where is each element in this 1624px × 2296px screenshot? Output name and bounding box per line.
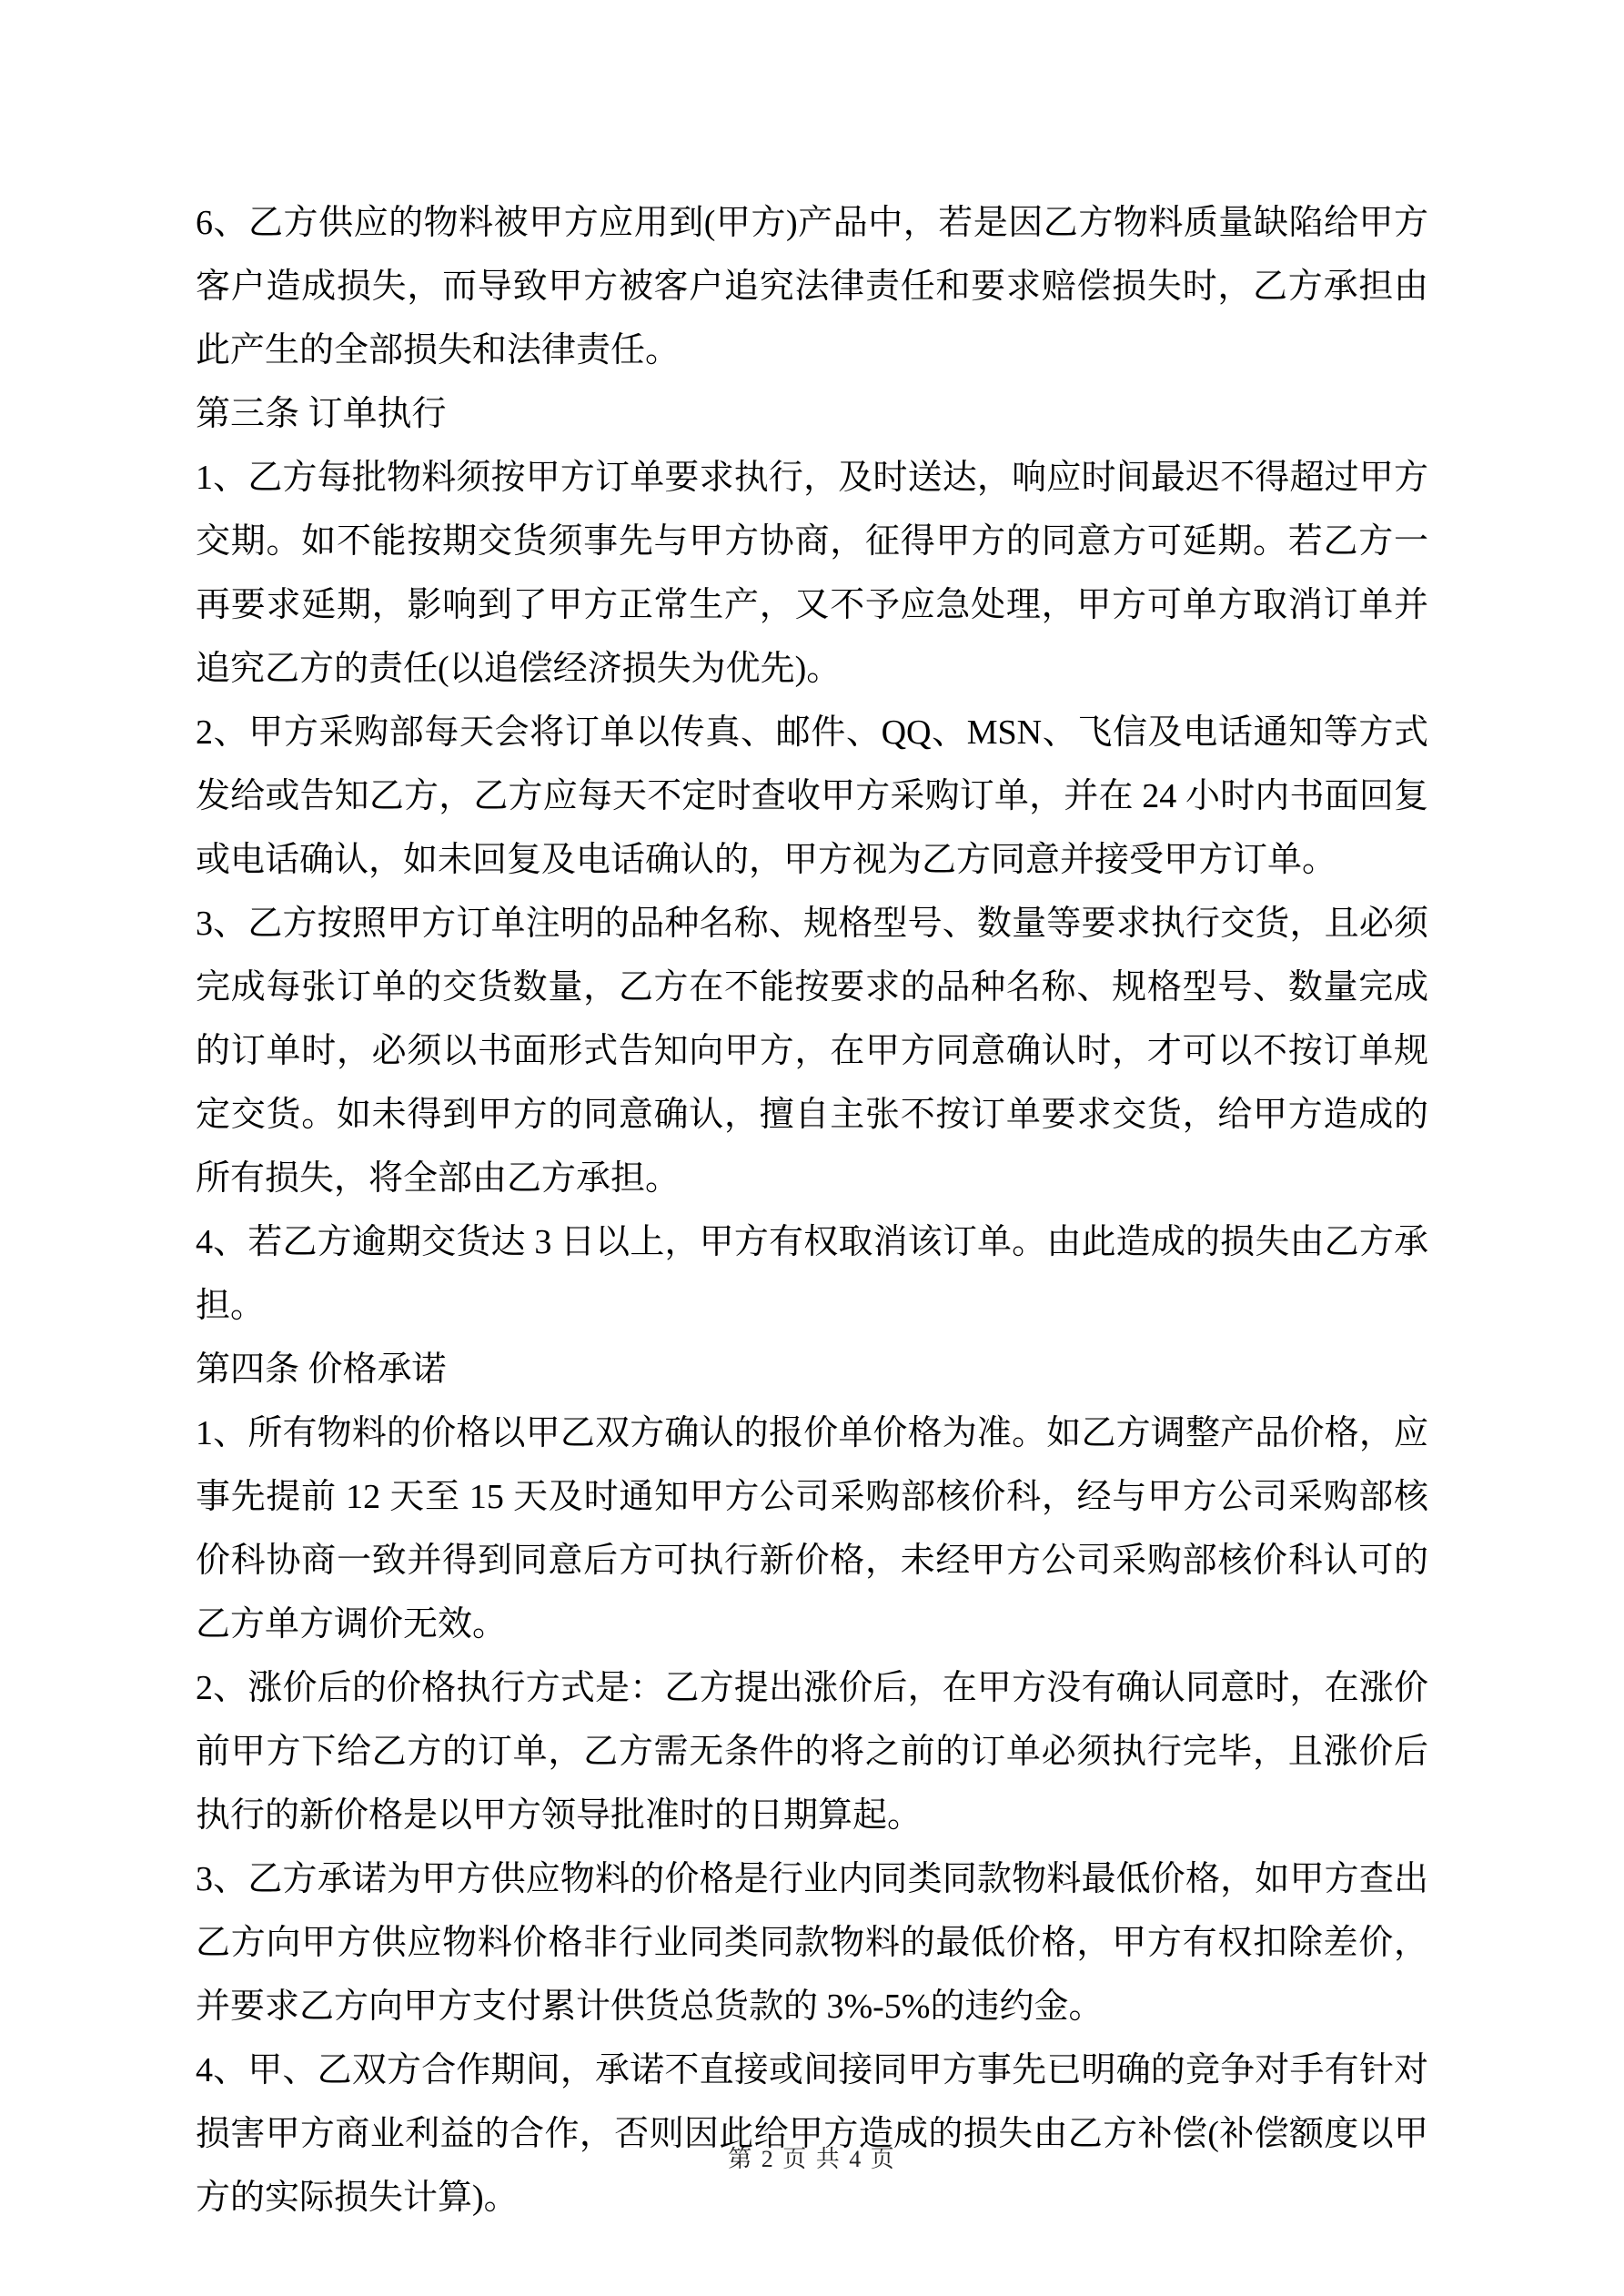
contract-paragraph: 1、乙方每批物料须按甲方订单要求执行，及时送达，响应时间最迟不得超过甲方交期。如… (196, 446, 1428, 701)
section-heading: 第四条 价格承诺 (196, 1338, 1428, 1401)
contract-paragraph: 3、乙方承诺为甲方供应物料的价格是行业内同类同款物料最低价格，如甲方查出乙方向甲… (196, 1847, 1428, 2038)
page-number-footer: 第 2 页 共 4 页 (0, 2140, 1624, 2174)
contract-paragraph: 2、甲方采购部每天会将订单以传真、邮件、QQ、MSN、飞信及电话通知等方式发给或… (196, 701, 1428, 892)
contract-paragraph: 6、乙方供应的物料被甲方应用到(甲方)产品中，若是因乙方物料质量缺陷给甲方客户造… (196, 191, 1428, 382)
section-heading: 第三条 订单执行 (196, 382, 1428, 446)
contract-page: 6、乙方供应的物料被甲方应用到(甲方)产品中，若是因乙方物料质量缺陷给甲方客户造… (0, 0, 1624, 2296)
contract-body: 6、乙方供应的物料被甲方应用到(甲方)产品中，若是因乙方物料质量缺陷给甲方客户造… (196, 191, 1428, 2230)
contract-paragraph: 4、甲、乙双方合作期间，承诺不直接或间接同甲方事先已明确的竞争对手有针对损害甲方… (196, 2038, 1428, 2230)
contract-paragraph: 3、乙方按照甲方订单注明的品种名称、规格型号、数量等要求执行交货，且必须完成每张… (196, 892, 1428, 1210)
contract-paragraph: 2、涨价后的价格执行方式是：乙方提出涨价后，在甲方没有确认同意时，在涨价前甲方下… (196, 1656, 1428, 1847)
contract-paragraph: 1、所有物料的价格以甲乙双方确认的报价单价格为准。如乙方调整产品价格，应事先提前… (196, 1401, 1428, 1656)
contract-paragraph: 4、若乙方逾期交货达 3 日以上，甲方有权取消该订单。由此造成的损失由乙方承担。 (196, 1210, 1428, 1338)
